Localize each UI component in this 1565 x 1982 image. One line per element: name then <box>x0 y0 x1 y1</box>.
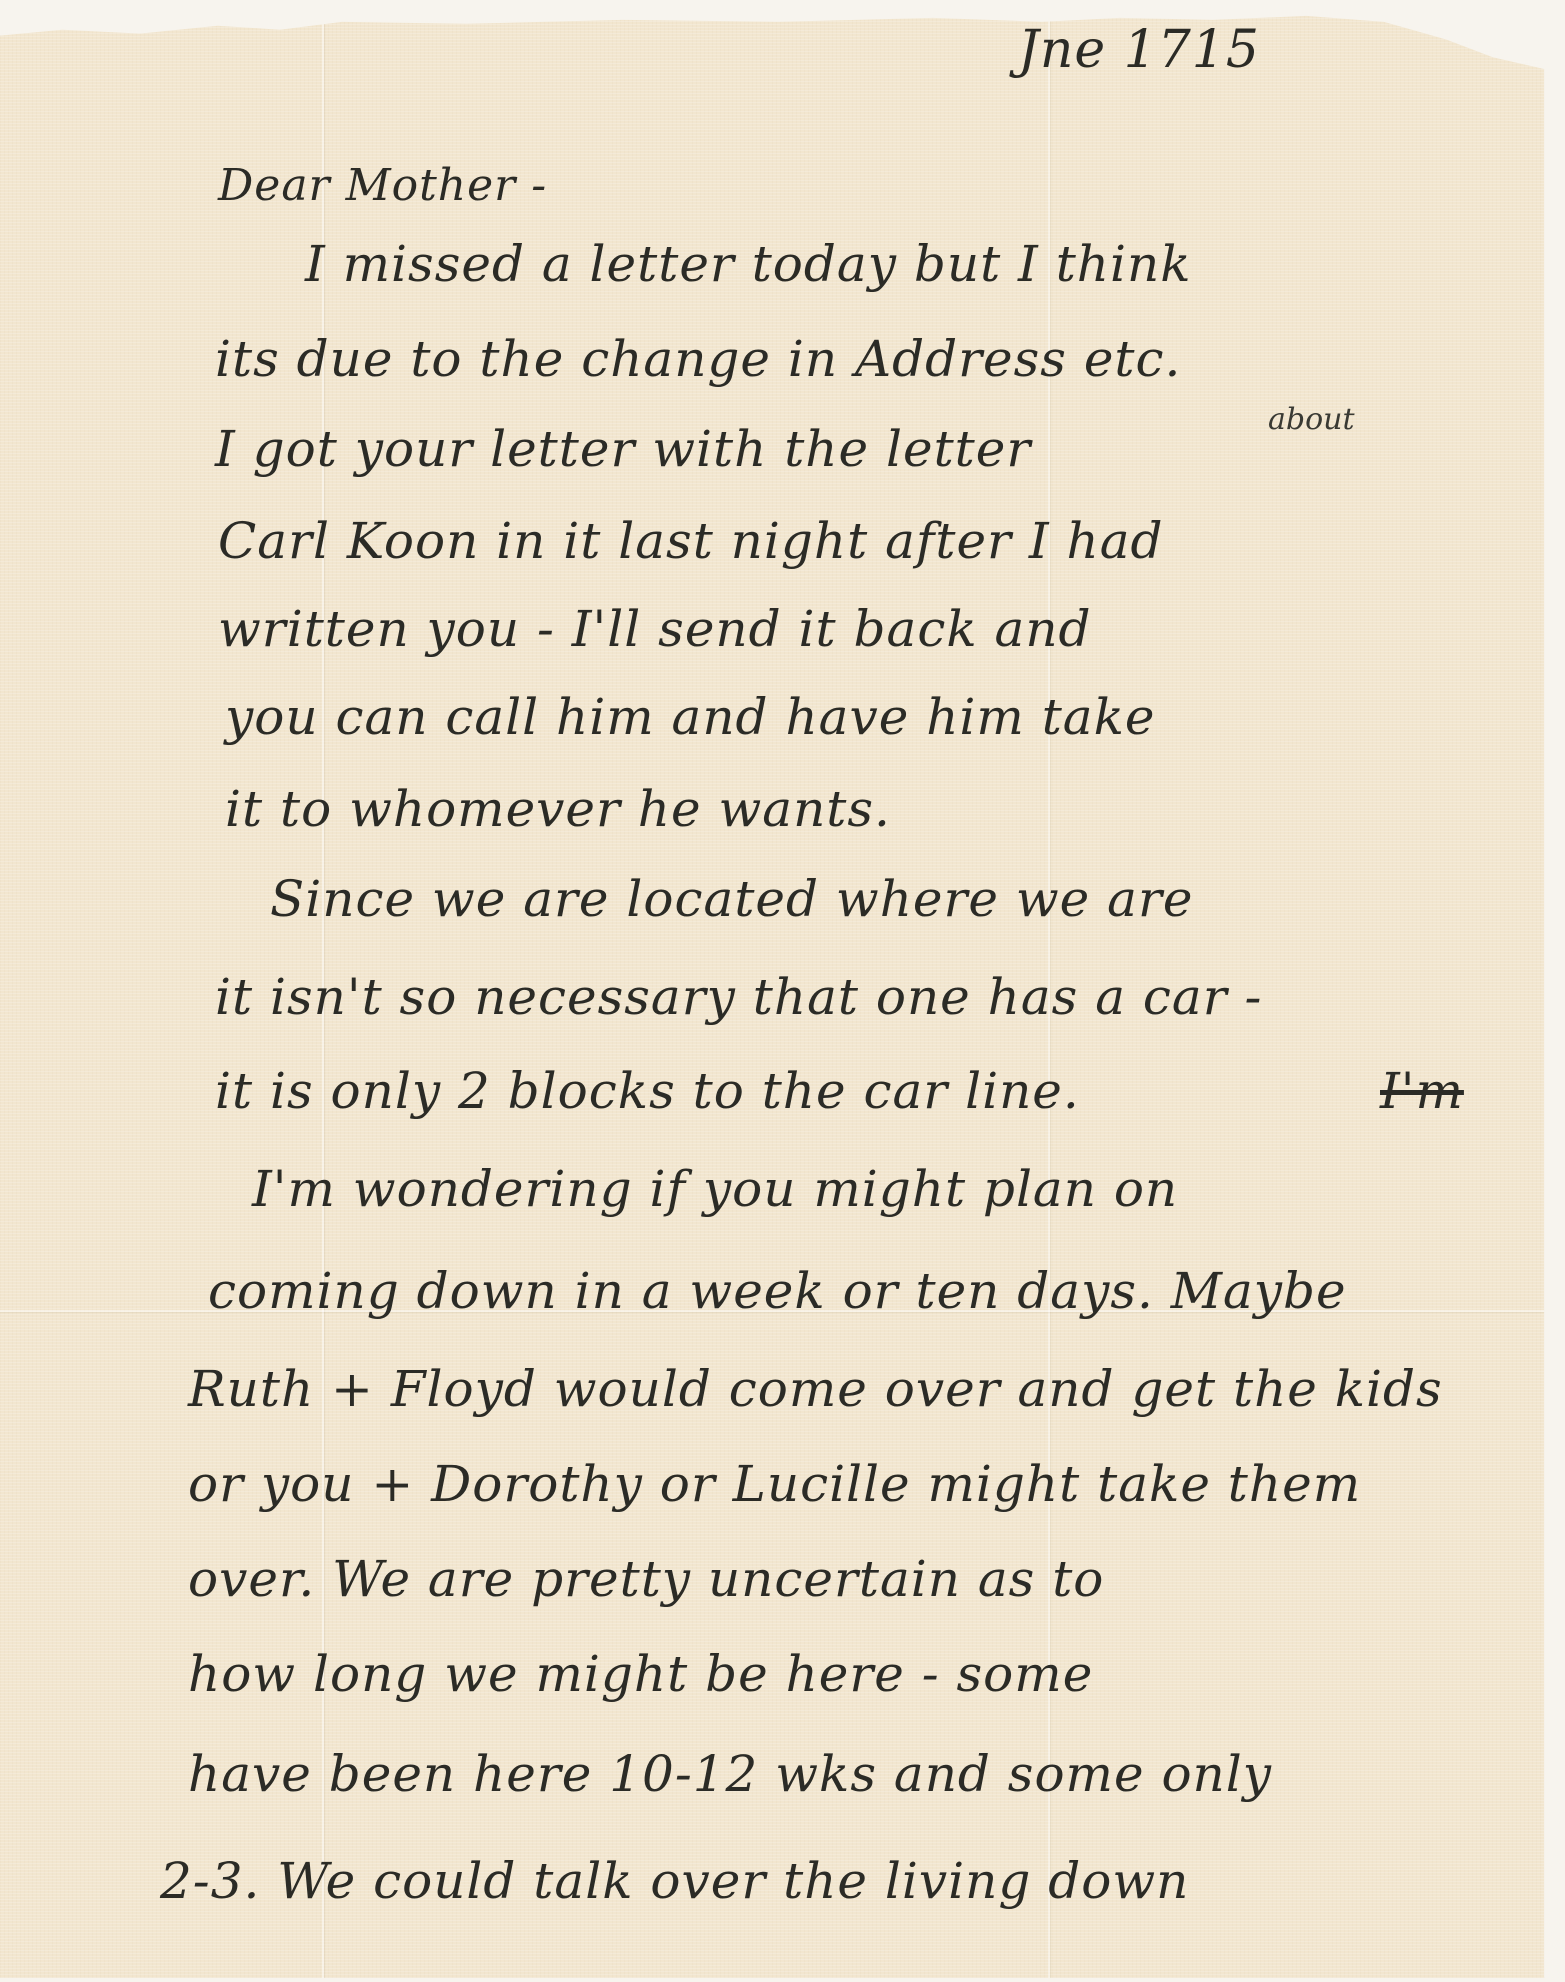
letter-line-8: Since we are located where we are <box>270 870 1193 928</box>
letter-date: Jne 1715 <box>1018 20 1260 80</box>
letter-line-6: you can call him and have him take <box>225 688 1155 746</box>
letter-line-15: over. We are pretty uncertain as to <box>188 1550 1104 1608</box>
letter-line-1: I missed a letter today but I think <box>305 235 1192 293</box>
letter-salutation: Dear Mother - <box>218 160 547 211</box>
scanned-letter: Jne 1715 Dear Mother - I missed a letter… <box>0 0 1565 1982</box>
letter-line-10-struck-word: I'm <box>1380 1062 1464 1120</box>
letter-line-18: 2-3. We could talk over the living down <box>160 1852 1189 1910</box>
letter-line-3: I got your letter with the letter <box>215 420 1031 478</box>
letter-line-16: how long we might be here - some <box>188 1645 1093 1703</box>
letter-line-2: its due to the change in Address etc. <box>215 330 1181 388</box>
letter-line-11: I'm wondering if you might plan on <box>252 1160 1178 1218</box>
letter-line-14: or you + Dorothy or Lucille might take t… <box>188 1455 1361 1513</box>
letter-line-9: it isn't so necessary that one has a car… <box>215 968 1262 1026</box>
letter-line-17: have been here 10-12 wks and some only <box>188 1745 1272 1803</box>
letter-line-4: Carl Koon in it last night after I had <box>218 512 1164 570</box>
letter-line-10: it is only 2 blocks to the car line. <box>215 1062 1080 1120</box>
letter-line-13: Ruth + Floyd would come over and get the… <box>188 1360 1443 1418</box>
letter-line-5: written you - I'll send it back and <box>218 600 1092 658</box>
letter-line-7: it to whomever he wants. <box>225 780 891 838</box>
letter-line-12: coming down in a week or ten days. Maybe <box>208 1262 1347 1320</box>
letter-line-3-overwrite: about <box>1268 402 1355 437</box>
